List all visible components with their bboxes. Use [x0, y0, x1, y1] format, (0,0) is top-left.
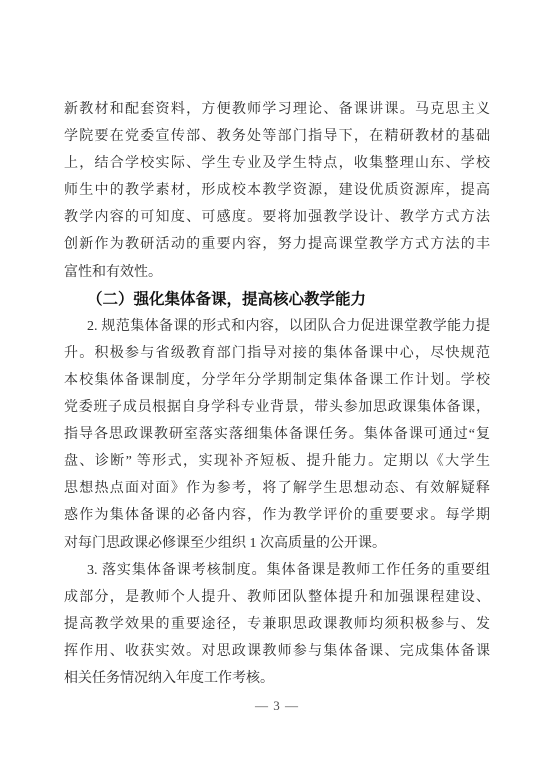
- body-line: 学院要在党委宣传部、教务处等部门指导下，在精研教材的基础: [64, 123, 490, 150]
- body-line: 新教材和配套资料，方便教师学习理论、备课讲课。马克思主义: [64, 96, 490, 123]
- section-heading: （二）强化集体备课，提高核心教学能力: [64, 286, 490, 313]
- body-line: 教学内容的可知度、可感度。要将加强教学设计、教学方式方法: [64, 204, 490, 231]
- body-line: 提高教学效果的重要途径，专兼职思政课教师均须积极参与、发: [64, 611, 490, 638]
- body-line: 本校集体备课制度，分学年分学期制定集体备课工作计划。学校: [64, 367, 490, 394]
- body-line: 指导各思政课教研室落实落细集体备课任务。集体备课可通过“复: [64, 421, 490, 448]
- body-line: 党委班子成员根据自身学科专业背景，带头参加思政课集体备课，: [64, 394, 490, 421]
- body-line: 创新作为教研活动的重要内容，努力提高课堂教学方式方法的丰: [64, 231, 490, 258]
- body-line: 3. 落实集体备课考核制度。集体备课是教师工作任务的重要组: [64, 557, 490, 584]
- body-line: 对每门思政课必修课至少组织 1 次高质量的公开课。: [64, 530, 490, 557]
- body-line: 思想热点面对面》作为参考，将了解学生思想动态、有效解疑释: [64, 475, 490, 502]
- body-line: 挥作用、收获实效。对思政课教师参与集体备课、完成集体备课: [64, 638, 490, 665]
- body-line: 师生中的教学素材，形成校本教学资源，建设优质资源库，提高: [64, 177, 490, 204]
- body-line: 成部分，是教师个人提升、教师团队整体提升和加强课程建设、: [64, 584, 490, 611]
- body-line: 惑作为集体备课的必备内容，作为教学评价的重要要求。每学期: [64, 502, 490, 529]
- body-line: 相关任务情况纳入年度工作考核。: [64, 665, 490, 692]
- body-line: 升。积极参与省级教育部门指导对接的集体备课中心，尽快规范: [64, 340, 490, 367]
- document-page: 新教材和配套资料，方便教师学习理论、备课讲课。马克思主义 学院要在党委宣传部、教…: [0, 0, 554, 783]
- document-body: 新教材和配套资料，方便教师学习理论、备课讲课。马克思主义 学院要在党委宣传部、教…: [64, 96, 490, 692]
- body-line: 富性和有效性。: [64, 259, 490, 286]
- body-line: 盘、诊断” 等形式，实现补齐短板、提升能力。定期以《大学生: [64, 448, 490, 475]
- page-number: — 3 —: [0, 698, 554, 714]
- body-line: 上，结合学校实际、学生专业及学生特点，收集整理山东、学校: [64, 150, 490, 177]
- body-line: 2. 规范集体备课的形式和内容，以团队合力促进课堂教学能力提: [64, 313, 490, 340]
